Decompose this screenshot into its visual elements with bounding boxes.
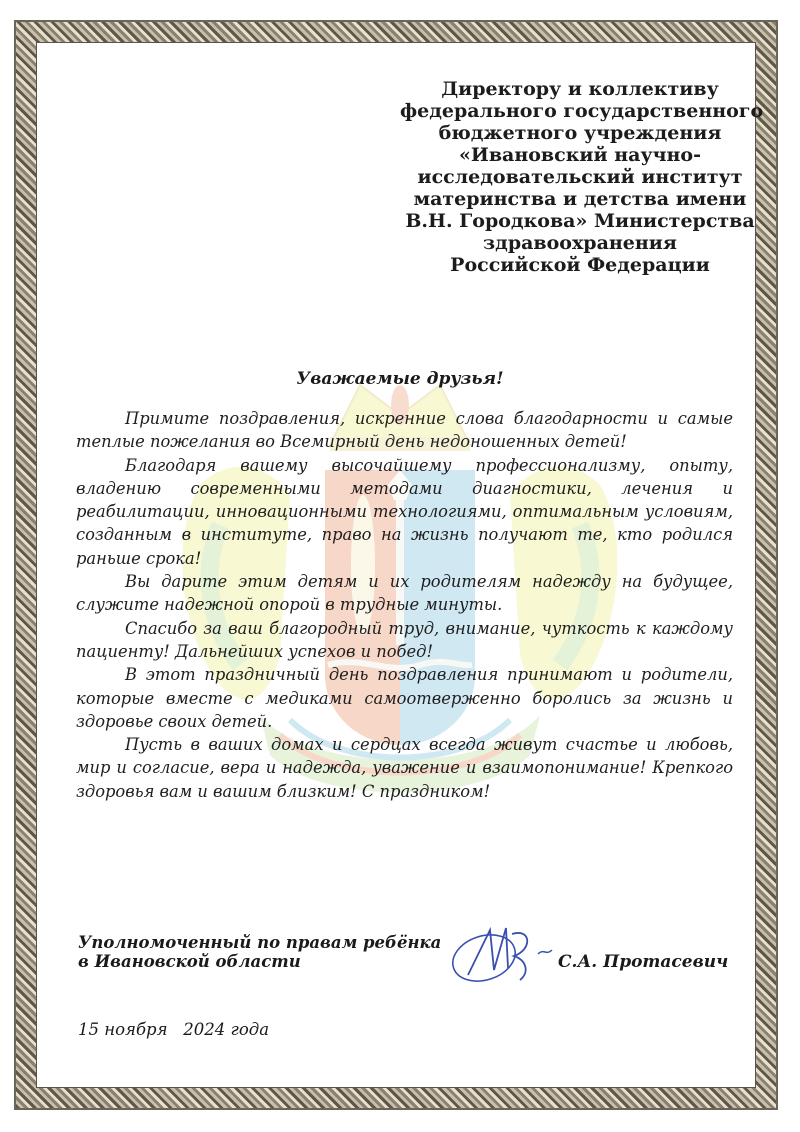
body-paragraph: Пусть в ваших домах и сердцах всегда жив…: [76, 733, 733, 803]
signer-title-line: Уполномоченный по правам ребёнка: [78, 933, 441, 952]
addressee-line: исследовательский институт: [400, 166, 760, 188]
addressee-line: бюджетного учреждения: [400, 122, 760, 144]
addressee-line: В.Н. Городкова» Министерства: [400, 210, 760, 232]
addressee-line: здравоохранения: [400, 232, 760, 254]
signer-title: Уполномоченный по правам ребёнка в Ивано…: [78, 933, 441, 971]
addressee-line: Российской Федерации: [400, 254, 760, 276]
addressee-block: Директору и коллективу федерального госу…: [400, 78, 760, 276]
body-paragraph: Спасибо за ваш благородный труд, внимани…: [76, 617, 733, 664]
addressee-line: Директору и коллективу: [400, 78, 760, 100]
addressee-line: «Ивановский научно-: [400, 144, 760, 166]
addressee-line: материнства и детства имени: [400, 188, 760, 210]
body-paragraph: В этот праздничный день поздравления при…: [76, 663, 733, 733]
body-paragraph: Благодаря вашему высочайшему профессиона…: [76, 454, 733, 570]
letter-date: 15 ноября 2024 года: [78, 1020, 269, 1039]
letter-body: Примите поздравления, искренние слова бл…: [76, 407, 733, 803]
body-paragraph: Примите поздравления, искренние слова бл…: [76, 407, 733, 454]
addressee-line: федерального государственного: [400, 100, 760, 122]
signer-title-line: в Ивановской области: [78, 952, 441, 971]
greeting-heading: Уважаемые друзья!: [0, 369, 800, 389]
body-paragraph: Вы дарите этим детям и их родителям наде…: [76, 570, 733, 617]
signer-name: С.А. Протасевич: [558, 952, 728, 972]
